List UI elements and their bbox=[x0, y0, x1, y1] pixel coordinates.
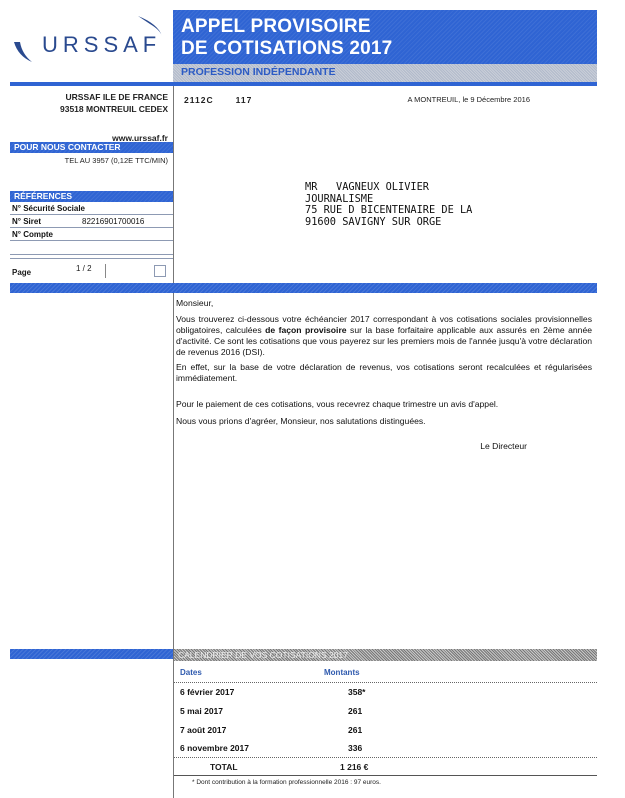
title-line-2: DE COTISATIONS 2017 bbox=[181, 38, 392, 60]
page-indicator: Page 1 / 2 bbox=[10, 262, 173, 282]
table-header-rule bbox=[174, 682, 597, 683]
table-total-rule bbox=[174, 757, 597, 758]
ref-label: N° Sécurité Sociale bbox=[12, 204, 85, 213]
row-amount: 261 bbox=[348, 706, 362, 716]
ref-row-empty-2 bbox=[10, 255, 173, 259]
recipient-line: 91600 SAVIGNY SUR ORGE bbox=[305, 217, 472, 229]
calendar-heading-band: CALENDRIER DE VOS COTISATIONS 2017 bbox=[174, 649, 597, 661]
ref-row-siret: N° Siret 82216901700016 bbox=[10, 216, 173, 228]
column-header-dates: Dates bbox=[180, 668, 202, 677]
row-date: 5 mai 2017 bbox=[180, 706, 223, 716]
table-row: 6 novembre 2017 336 bbox=[180, 743, 580, 757]
references-heading-band: RÉFÉRENCES bbox=[10, 191, 173, 202]
total-underline bbox=[174, 775, 597, 776]
paragraph-2: En effet, sur la base de votre déclarati… bbox=[176, 362, 592, 384]
header-divider bbox=[10, 82, 597, 86]
title-line-1: APPEL PROVISOIRE bbox=[181, 16, 371, 38]
table-row: 6 février 2017 358* bbox=[180, 687, 580, 701]
document-title-block: APPEL PROVISOIRE DE COTISATIONS 2017 PRO… bbox=[173, 10, 597, 82]
row-date: 6 février 2017 bbox=[180, 687, 234, 697]
row-amount: 336 bbox=[348, 743, 362, 753]
row-date: 6 novembre 2017 bbox=[180, 743, 249, 753]
page-label: Page bbox=[12, 268, 31, 277]
sender-name: URSSAF ILE DE FRANCE bbox=[60, 91, 168, 103]
footnote: * Dont contribution à la formation profe… bbox=[192, 779, 381, 786]
column-divider bbox=[173, 86, 174, 798]
contact-heading-band: POUR NOUS CONTACTER bbox=[10, 142, 173, 153]
paragraph-4: Nous vous prions d'agréer, Monsieur, nos… bbox=[176, 416, 592, 427]
ref-label: N° Compte bbox=[12, 230, 53, 239]
sender-city: 93518 MONTREUIL CEDEX bbox=[60, 103, 168, 115]
row-amount: 358* bbox=[348, 687, 366, 697]
urssaf-logo: URSSAF bbox=[10, 12, 170, 72]
paragraph-1: Vous trouverez ci-dessous votre échéanci… bbox=[176, 314, 592, 358]
subtitle-band: PROFESSION INDÉPENDANTE bbox=[173, 64, 597, 82]
contact-phone: TEL AU 3957 (0,12E TTC/MIN) bbox=[65, 156, 168, 165]
p1-bold: de façon provisoire bbox=[265, 325, 346, 335]
recipient-line: 75 RUE D BICENTENAIRE DE LA bbox=[305, 205, 472, 217]
table-row: 7 août 2017 261 bbox=[180, 725, 580, 739]
subtitle-text: PROFESSION INDÉPENDANTE bbox=[181, 66, 336, 78]
total-label: TOTAL bbox=[210, 762, 238, 772]
row-date: 7 août 2017 bbox=[180, 725, 226, 735]
calendar-heading: CALENDRIER DE VOS COTISATIONS 2017 bbox=[178, 650, 348, 660]
table-row: 5 mai 2017 261 bbox=[180, 706, 580, 720]
recipient-address: MR VAGNEUX OLIVIERJOURNALISME75 RUE D BI… bbox=[305, 182, 472, 228]
page-value: 1 / 2 bbox=[76, 264, 92, 273]
code-2: 117 bbox=[236, 95, 253, 105]
reference-codes: 2112C117 bbox=[184, 95, 252, 105]
page-checkbox bbox=[154, 265, 166, 277]
calendar-left-band bbox=[10, 649, 173, 659]
ref-row-securite-sociale: N° Sécurité Sociale bbox=[10, 203, 173, 215]
signature: Le Directeur bbox=[176, 441, 592, 452]
total-value: 1 216 € bbox=[340, 762, 368, 772]
ref-value: 82216901700016 bbox=[82, 217, 144, 226]
letter-date: A MONTREUIL, le 9 Décembre 2016 bbox=[407, 95, 530, 104]
ref-row-empty bbox=[10, 242, 173, 255]
letter-body: Monsieur, Vous trouverez ci-dessous votr… bbox=[176, 298, 592, 456]
row-amount: 261 bbox=[348, 725, 362, 735]
sender-address: URSSAF ILE DE FRANCE 93518 MONTREUIL CED… bbox=[60, 91, 168, 115]
ref-row-compte: N° Compte bbox=[10, 229, 173, 241]
page-separator bbox=[105, 264, 106, 278]
paragraph-3: Pour le paiement de ces cotisations, vou… bbox=[176, 399, 592, 410]
contact-heading: POUR NOUS CONTACTER bbox=[14, 142, 121, 153]
greeting: Monsieur, bbox=[176, 298, 592, 309]
ref-label: N° Siret bbox=[12, 217, 41, 226]
code-1: 2112C bbox=[184, 95, 214, 105]
references-heading: RÉFÉRENCES bbox=[14, 191, 72, 202]
logo-text: URSSAF bbox=[42, 32, 161, 58]
body-divider bbox=[10, 283, 597, 293]
recipient-line: MR VAGNEUX OLIVIER bbox=[305, 182, 472, 194]
column-header-amounts: Montants bbox=[324, 668, 360, 677]
